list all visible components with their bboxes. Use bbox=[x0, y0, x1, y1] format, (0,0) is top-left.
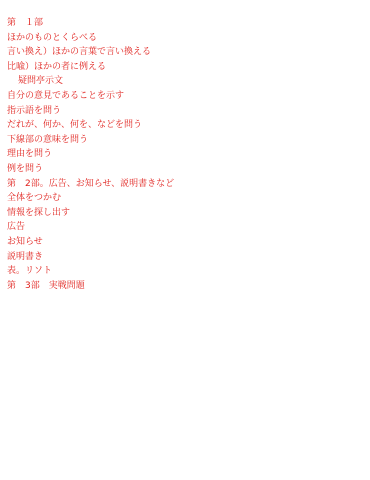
text-line: 指示語を問う bbox=[7, 104, 174, 119]
text-line: 情報を探し出す bbox=[7, 206, 174, 221]
text-line: 説明書き bbox=[7, 250, 174, 265]
document-body: 第 １部 ほかのものとくらべる 言い換え）ほかの言葉で言い換える 比喩）ほかの者… bbox=[7, 16, 174, 293]
text-line: 例を問う bbox=[7, 162, 174, 177]
text-line: お知らせ bbox=[7, 235, 174, 250]
text-line: だれが、何か、何を、などを問う bbox=[7, 118, 174, 133]
text-line-indented: 疑問亭示文 bbox=[7, 74, 174, 89]
text-line: 比喩）ほかの者に例える bbox=[7, 60, 174, 75]
text-line: 理由を問う bbox=[7, 147, 174, 162]
text-line: 表。リソト bbox=[7, 264, 174, 279]
text-line: 言い換え）ほかの言葉で言い換える bbox=[7, 45, 174, 60]
text-line: 自分の意見であることを示す bbox=[7, 89, 174, 104]
text-line: ほかのものとくらべる bbox=[7, 31, 174, 46]
part-3-heading: 第 3部 実戦問題 bbox=[7, 279, 174, 294]
part-2-heading: 第 2部。広告、お知らせ、説明書きなど bbox=[7, 177, 174, 192]
text-line: 全体をつかむ bbox=[7, 191, 174, 206]
text-line: 下線部の意味を問う bbox=[7, 133, 174, 148]
text-line: 広告 bbox=[7, 220, 174, 235]
part-1-heading: 第 １部 bbox=[7, 16, 174, 31]
